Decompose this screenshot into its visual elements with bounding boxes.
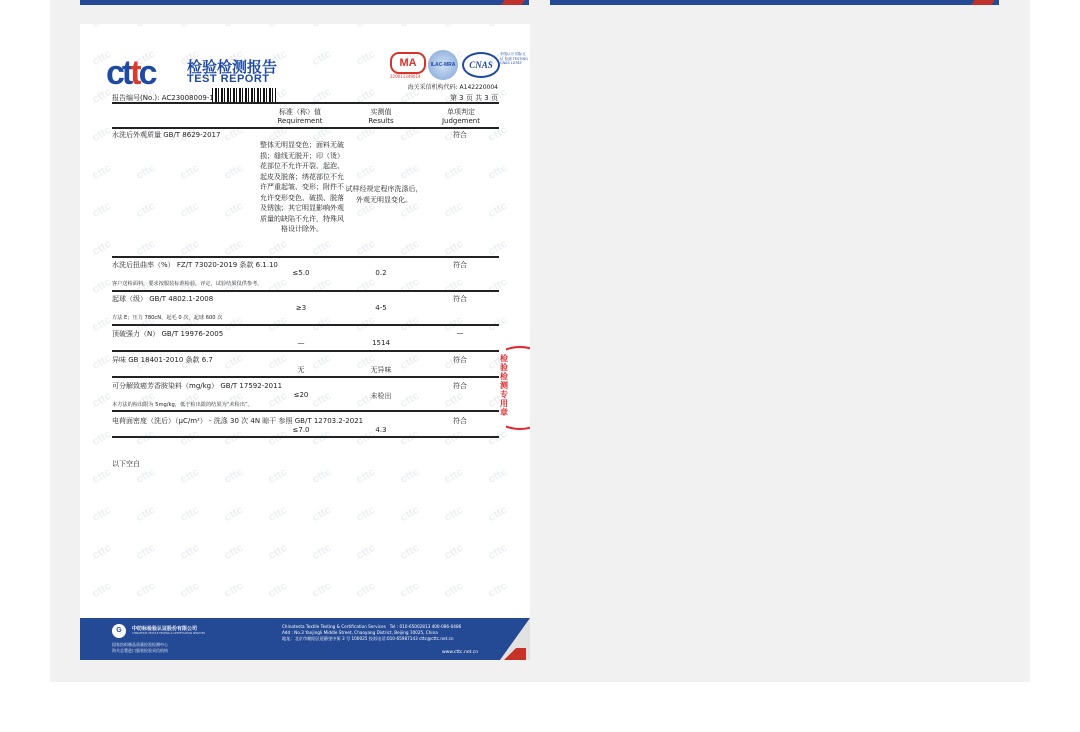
row-result: 0.2 (336, 269, 426, 277)
row-judgement: 符合 (432, 355, 488, 365)
footer-address-en: Add : No.3 Yanjingli Middle Street, Chao… (282, 630, 438, 635)
test-report-page: cttccttccttccttccttccttccttccttccttccttc… (80, 24, 530, 660)
row-title: 水洗后外观质量 GB/T 8629-2017 (112, 130, 220, 140)
cnas-badge-icon: CNAS (462, 52, 500, 78)
row-judgement: 符合 (432, 130, 488, 140)
company-logo-icon: G (112, 624, 126, 638)
row-title: 水洗后扭曲率（%） FZ/T 73020-2019 条款 6.1.10 (112, 260, 278, 270)
previous-page-footer-band-right (550, 0, 999, 5)
row-requirement: 整体无明显变色；面料无破损；缝线无脱开；印（烫）花部位不允许开裂、起泡、起皮及脱… (260, 140, 344, 235)
row-title: 异味 GB 18401-2010 条款 6.7 (112, 355, 213, 365)
row-title: 顶破强力（N） GB/T 19976-2005 (112, 329, 223, 339)
row-result: 4.3 (336, 426, 426, 434)
row-note: 客户送检面料，要求按服装标准检验，评定，试验结果仅供参考。 (112, 280, 262, 287)
row-note: 本方法的检出限为 5mg/kg，低于检出限的结果为“未检出”。 (112, 401, 253, 408)
seal-text: 检验检测专用章 (500, 354, 510, 417)
row-title: 起球（级） GB/T 4802.1-2008 (112, 294, 213, 304)
row-requirement: ≤20 (256, 391, 346, 399)
cma-badge-icon: MA (390, 52, 426, 74)
row-result: 1514 (336, 339, 426, 347)
row-note: 方法 E；压力 780cN，起毛 0 次，起球 600 次 (112, 314, 222, 321)
row-requirement: ≤7.0 (256, 426, 346, 434)
footer-website: www.cttc.net.cn (442, 650, 478, 655)
row-judgement: 符合 (432, 381, 488, 391)
previous-page-footer-band (80, 0, 529, 5)
cnas-note: 中国认可 国际互认 检测 TESTING CNAS L0783 (500, 52, 528, 66)
customs-code: 海关采信机构代码: A142220004 (408, 82, 498, 91)
row-requirement: ≤5.0 (256, 269, 346, 277)
certification-badges: MA 220011349014 ILAC-MRA CNAS 中国认可 国际互认 … (390, 50, 525, 80)
row-judgement: 符合 (432, 260, 488, 270)
row-requirement: — (256, 339, 346, 347)
row-judgement: — (432, 329, 488, 337)
footer-en-name: Chinatesta Textile Testing & Certificati… (282, 624, 461, 629)
row-title: 电荷面密度（洗后）（μC/m²） - 洗涤 30 次 4N 晾干 参照 GB/T… (112, 416, 363, 426)
company-name-en-small: CHINATESTA TEXTILE TESTING & CERTIFICATI… (132, 632, 205, 635)
row-judgement: 符合 (432, 416, 488, 426)
report-title-en: TEST REPORT (187, 73, 270, 85)
row-requirement: ≥3 (256, 304, 346, 312)
report-footer: G 中纺标检验认证股份有限公司 CHINATESTA TEXTILE TESTI… (80, 618, 530, 660)
row-judgement: 符合 (432, 294, 488, 304)
row-result: 未检出 (336, 391, 426, 401)
barcode (212, 88, 276, 103)
blank-below-note: 以下空白 (112, 459, 140, 469)
footer-address-cn: 地址：北京市朝阳区延静里中街 3 号 100025 投诉电话:010-65987… (282, 636, 454, 642)
company-name-cn: 中纺标检验认证股份有限公司 (132, 625, 197, 632)
header-requirement: 标准（称）值Requirement (255, 108, 345, 126)
row-title: 可分解致癌芳香胺染料（mg/kg） GB/T 17592-2011 (112, 381, 282, 391)
row-result: 4-5 (336, 304, 426, 312)
row-result: 试样经规定程序洗涤后，外观无明显变化。 (344, 184, 424, 205)
cma-number: 220011349014 (390, 74, 421, 79)
header-results: 实测值Results (336, 108, 426, 126)
header-judgement: 单项判定Judgement (416, 108, 506, 126)
center-line-2: 海关总署进口服装检验采信机构 (112, 648, 168, 654)
row-result: 无异味 (336, 365, 426, 375)
ilac-mra-badge-icon: ILAC-MRA (428, 50, 458, 80)
row-requirement: 无 (256, 365, 346, 375)
cttc-logo: cttc (106, 54, 154, 93)
